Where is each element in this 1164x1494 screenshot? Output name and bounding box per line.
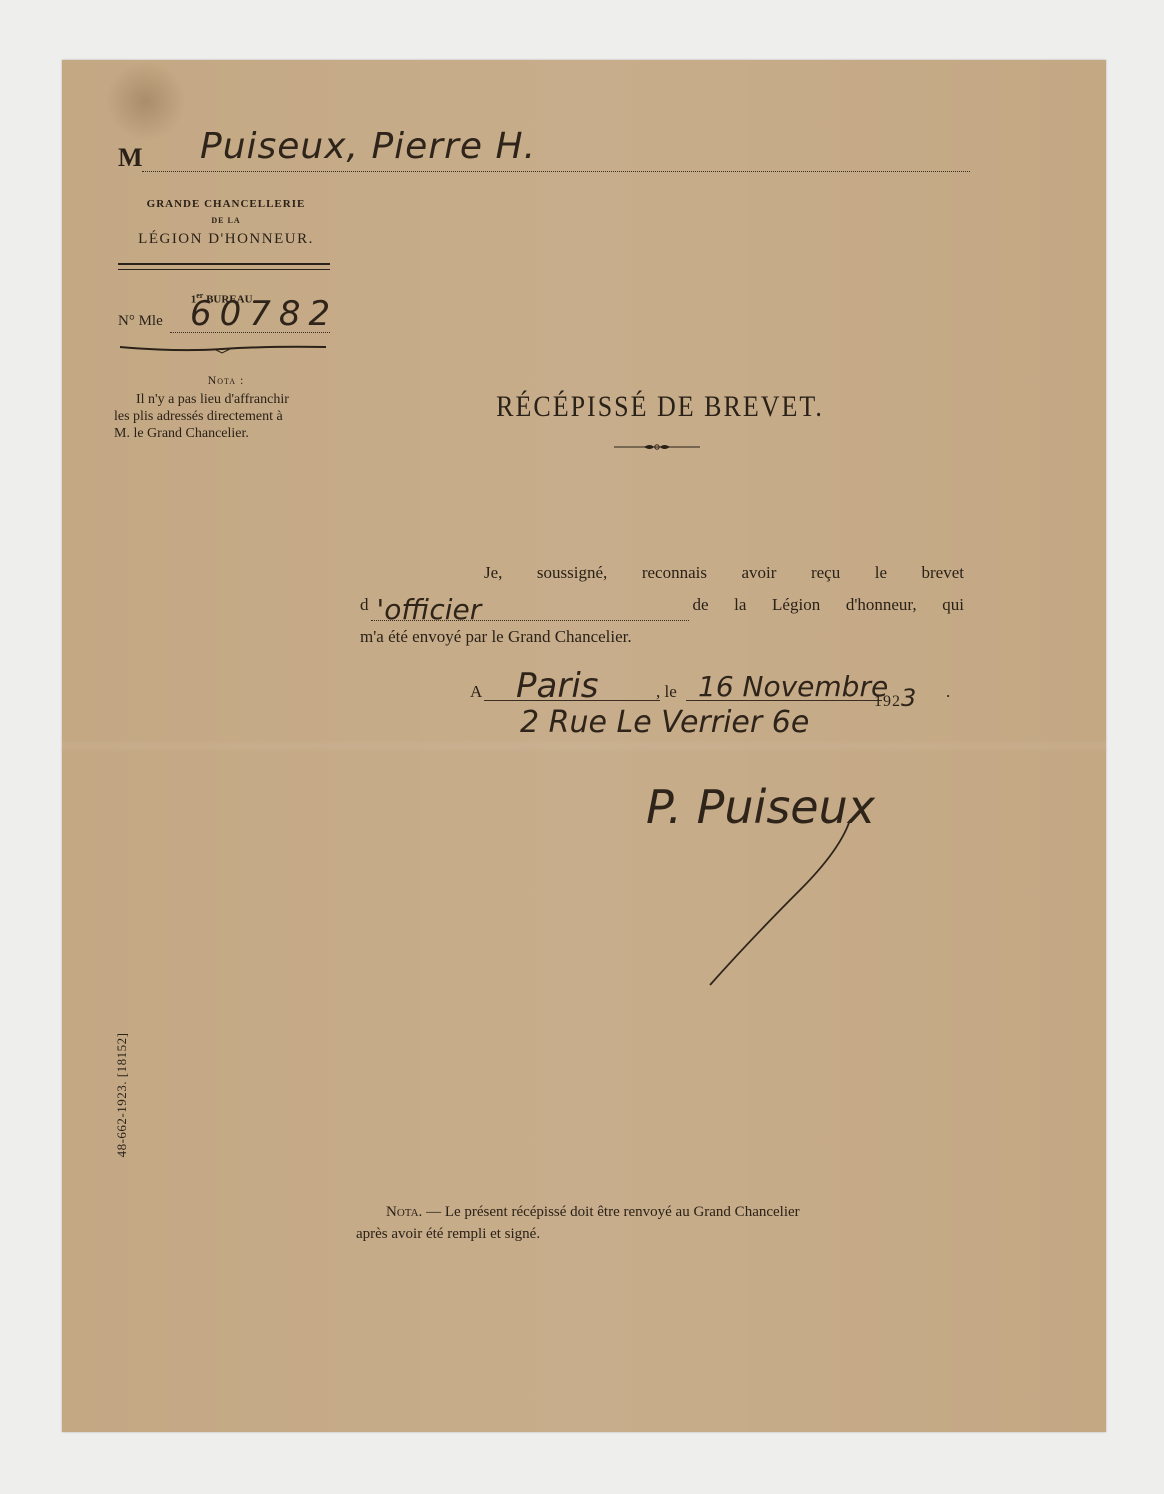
swash-rule-icon [118,343,328,355]
bottom-note: Nota. — Le présent récépissé doit être r… [356,1201,970,1245]
page-title: RÉCÉPISSÉ DE BREVET. [340,390,980,424]
handwritten-address: 2 Rue Le Verrier 6e [520,705,809,740]
handwritten-registry-number: 60782 [190,294,338,334]
letterhead-line-3: LÉGION D'HONNEUR. [118,231,334,248]
name-dotted-line [142,171,970,172]
letterhead-double-rule [118,263,330,270]
addressee-prefix: M [118,143,143,173]
handwritten-name: Puiseux, Pierre H. [200,126,536,167]
handwritten-date: 16 Novembre [698,670,888,703]
left-note-text: Il n'y a pas lieu d'affranchir les plis … [114,391,344,442]
signature-flourish-icon [700,800,870,990]
letterhead-line-2: DE LA [118,216,334,225]
handwritten-rank: 'officier [377,594,482,626]
receipt-body: Je, soussigné, reconnais avoir reçu le b… [360,557,964,653]
body-line-2: d 'officier de la Légion d'honneur, qui [360,589,964,621]
handwritten-city: Paris [516,666,598,706]
body-line-1: Je, soussigné, reconnais avoir reçu le b… [360,557,964,589]
printer-reference: 48-662-1923. [18152] [102,1000,142,1190]
registry-number-label: N° Mle [118,313,163,330]
letterhead-line-1: GRANDE CHANCELLERIE [118,198,334,210]
year: 1923 [874,684,917,712]
left-note-title: Nota : [118,373,334,388]
ornament-divider-icon [614,441,700,453]
rank-dotted-line: 'officier [371,598,689,621]
